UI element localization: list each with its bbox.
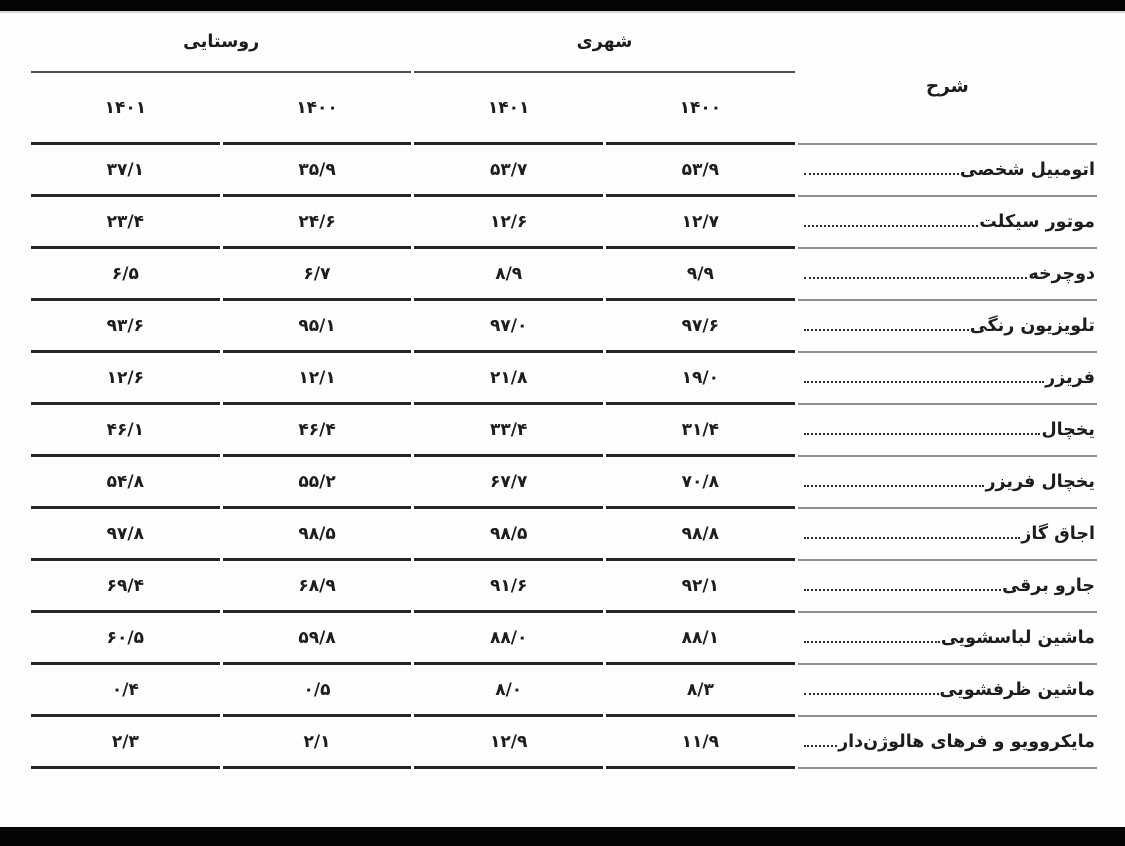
value-urban-1401: ۶۷/۷ [414, 457, 603, 509]
dot-leader [804, 213, 979, 227]
row-label: دوچرخه [1028, 264, 1095, 284]
table-row: جارو برقی ۹۲/۱ ۹۱/۶ ۶۸/۹ ۶۹/۴ [31, 561, 1097, 613]
dot-leader [804, 473, 985, 487]
value-rural-1400: ۲/۱ [223, 717, 412, 769]
table-row: ماشین ظرفشویی ۸/۳ ۸/۰ ۰/۵ ۰/۴ [31, 665, 1097, 717]
value-rural-1401: ۹۷/۸ [31, 509, 220, 561]
value-urban-1401: ۳۳/۴ [414, 405, 603, 457]
table-page: شرح شهری روستایی ۱۴۰۰ ۱۴۰۱ ۱۴۰۰ ۱۴۰۱ اتو… [0, 13, 1125, 827]
column-header-rural-1400: ۱۴۰۰ [223, 73, 412, 145]
value-urban-1400: ۱۹/۰ [606, 353, 795, 405]
value-urban-1400: ۵۳/۹ [606, 145, 795, 197]
bottom-black-bar [0, 827, 1125, 846]
value-rural-1400: ۹۵/۱ [223, 301, 412, 353]
row-label: اتومبیل شخصی [960, 160, 1095, 180]
row-label: موتور سیکلت [979, 212, 1095, 232]
row-label: مایکروویو و فرهای هالوژن‌دار [838, 732, 1095, 752]
table-row: مایکروویو و فرهای هالوژن‌دار ۱۱/۹ ۱۲/۹ ۲… [31, 717, 1097, 769]
dot-leader [804, 577, 1001, 591]
row-label: ماشین ظرفشویی [940, 680, 1095, 700]
value-urban-1400: ۹/۹ [606, 249, 795, 301]
value-urban-1400: ۹۲/۱ [606, 561, 795, 613]
value-rural-1400: ۴۶/۴ [223, 405, 412, 457]
value-urban-1400: ۸/۳ [606, 665, 795, 717]
dot-leader [804, 681, 939, 695]
value-urban-1400: ۸۸/۱ [606, 613, 795, 665]
value-rural-1400: ۲۴/۶ [223, 197, 412, 249]
dot-leader [804, 629, 940, 643]
value-rural-1400: ۵۵/۲ [223, 457, 412, 509]
column-header-urban-1401: ۱۴۰۱ [414, 73, 603, 145]
value-rural-1401: ۰/۴ [31, 665, 220, 717]
table-header: شرح شهری روستایی ۱۴۰۰ ۱۴۰۱ ۱۴۰۰ ۱۴۰۱ [31, 13, 1097, 145]
table-row: ماشین لباسشویی ۸۸/۱ ۸۸/۰ ۵۹/۸ ۶۰/۵ [31, 613, 1097, 665]
table-body: اتومبیل شخصی ۵۳/۹ ۵۳/۷ ۳۵/۹ ۳۷/۱ موتور س… [31, 145, 1097, 769]
value-urban-1401: ۹۸/۵ [414, 509, 603, 561]
value-rural-1401: ۴۶/۱ [31, 405, 220, 457]
value-urban-1401: ۸/۹ [414, 249, 603, 301]
value-rural-1401: ۲/۳ [31, 717, 220, 769]
value-rural-1401: ۶۹/۴ [31, 561, 220, 613]
row-label: اجاق گاز [1021, 524, 1095, 544]
value-urban-1400: ۹۷/۶ [606, 301, 795, 353]
value-urban-1401: ۱۲/۹ [414, 717, 603, 769]
dot-leader [804, 265, 1028, 279]
value-urban-1400: ۳۱/۴ [606, 405, 795, 457]
dot-leader [804, 525, 1021, 539]
value-rural-1400: ۰/۵ [223, 665, 412, 717]
appliance-ownership-table: شرح شهری روستایی ۱۴۰۰ ۱۴۰۱ ۱۴۰۰ ۱۴۰۱ اتو… [28, 13, 1100, 769]
value-urban-1401: ۱۲/۶ [414, 197, 603, 249]
row-label: تلویزیون رنگی [970, 316, 1095, 336]
table-row: اتومبیل شخصی ۵۳/۹ ۵۳/۷ ۳۵/۹ ۳۷/۱ [31, 145, 1097, 197]
table-row: یخچال فریزر ۷۰/۸ ۶۷/۷ ۵۵/۲ ۵۴/۸ [31, 457, 1097, 509]
row-label: یخچال فریزر [985, 472, 1095, 492]
value-urban-1400: ۱۲/۷ [606, 197, 795, 249]
value-rural-1400: ۱۲/۱ [223, 353, 412, 405]
value-rural-1400: ۶۸/۹ [223, 561, 412, 613]
row-label: ماشین لباسشویی [941, 628, 1095, 648]
value-rural-1401: ۶۰/۵ [31, 613, 220, 665]
value-urban-1401: ۸۸/۰ [414, 613, 603, 665]
value-rural-1401: ۳۷/۱ [31, 145, 220, 197]
top-black-bar [0, 0, 1125, 13]
dot-leader [804, 317, 969, 331]
value-rural-1401: ۵۴/۸ [31, 457, 220, 509]
column-header-rural-1401: ۱۴۰۱ [31, 73, 220, 145]
value-urban-1401: ۵۳/۷ [414, 145, 603, 197]
dot-leader [804, 369, 1044, 383]
table-row: موتور سیکلت ۱۲/۷ ۱۲/۶ ۲۴/۶ ۲۳/۴ [31, 197, 1097, 249]
value-rural-1401: ۲۳/۴ [31, 197, 220, 249]
value-rural-1401: ۶/۵ [31, 249, 220, 301]
value-urban-1401: ۹۱/۶ [414, 561, 603, 613]
page-frame: شرح شهری روستایی ۱۴۰۰ ۱۴۰۱ ۱۴۰۰ ۱۴۰۱ اتو… [0, 0, 1125, 846]
table-row: اجاق گاز ۹۸/۸ ۹۸/۵ ۹۸/۵ ۹۷/۸ [31, 509, 1097, 561]
table-row: دوچرخه ۹/۹ ۸/۹ ۶/۷ ۶/۵ [31, 249, 1097, 301]
value-rural-1400: ۵۹/۸ [223, 613, 412, 665]
table-row: تلویزیون رنگی ۹۷/۶ ۹۷/۰ ۹۵/۱ ۹۳/۶ [31, 301, 1097, 353]
value-urban-1401: ۹۷/۰ [414, 301, 603, 353]
value-rural-1401: ۱۲/۶ [31, 353, 220, 405]
value-rural-1400: ۶/۷ [223, 249, 412, 301]
value-urban-1400: ۹۸/۸ [606, 509, 795, 561]
table-row: یخچال ۳۱/۴ ۳۳/۴ ۴۶/۴ ۴۶/۱ [31, 405, 1097, 457]
column-group-rural: روستایی [31, 13, 411, 73]
value-rural-1400: ۹۸/۵ [223, 509, 412, 561]
dot-leader [804, 161, 959, 175]
column-header-urban-1400: ۱۴۰۰ [606, 73, 795, 145]
column-group-urban: شهری [414, 13, 794, 73]
value-rural-1400: ۳۵/۹ [223, 145, 412, 197]
group-header-row: شرح شهری روستایی [31, 13, 1097, 73]
row-label: فریزر [1045, 368, 1095, 388]
row-label: جارو برقی [1002, 576, 1095, 596]
row-label: یخچال [1041, 420, 1095, 440]
value-rural-1401: ۹۳/۶ [31, 301, 220, 353]
value-urban-1400: ۷۰/۸ [606, 457, 795, 509]
value-urban-1401: ۲۱/۸ [414, 353, 603, 405]
table-row: فریزر ۱۹/۰ ۲۱/۸ ۱۲/۱ ۱۲/۶ [31, 353, 1097, 405]
dot-leader [804, 733, 837, 747]
column-header-description: شرح [798, 13, 1097, 145]
value-urban-1401: ۸/۰ [414, 665, 603, 717]
dot-leader [804, 421, 1041, 435]
value-urban-1400: ۱۱/۹ [606, 717, 795, 769]
